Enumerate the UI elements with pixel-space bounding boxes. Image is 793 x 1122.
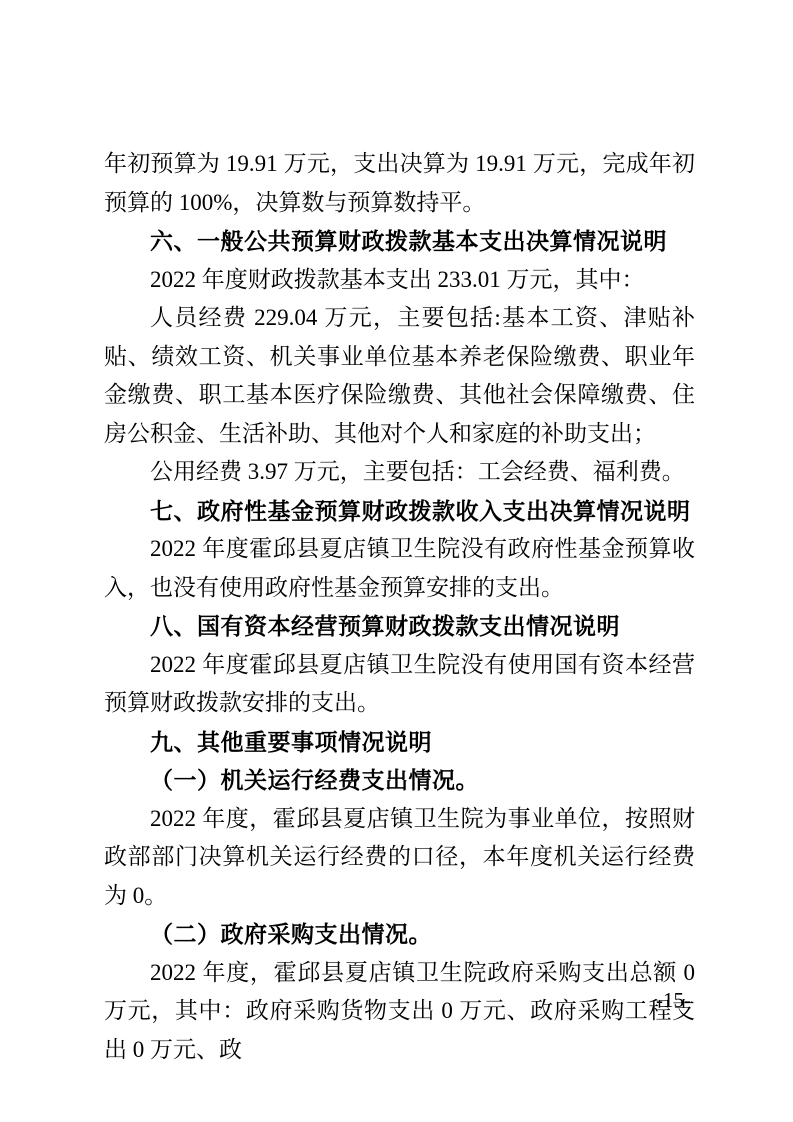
section-heading-six: 六、一般公共预算财政拨款基本支出决算情况说明 <box>104 222 695 261</box>
paragraph-govt-fund-budget: 2022 年度霍邱县夏店镇卫生院没有政府性基金预算收入，也没有使用政府性基金预算… <box>104 530 695 607</box>
document-body: 年初预算为 19.91 万元，支出决算为 19.91 万元，完成年初预算的 10… <box>104 145 695 1069</box>
paragraph-public-expenses: 公用经费 3.97 万元，主要包括：工会经费、福利费。 <box>104 453 695 492</box>
paragraph-procurement: 2022 年度，霍邱县夏店镇卫生院政府采购支出总额 0 万元，其中：政府采购货物… <box>104 954 695 1070</box>
section-heading-eight: 八、国有资本经营预算财政拨款支出情况说明 <box>104 607 695 646</box>
section-heading-nine: 九、其他重要事项情况说明 <box>104 723 695 762</box>
page-number: -15- <box>656 988 691 1012</box>
document-page: 年初预算为 19.91 万元，支出决算为 19.91 万元，完成年初预算的 10… <box>0 0 793 1122</box>
paragraph-personnel-expenses: 人员经费 229.04 万元，主要包括:基本工资、津贴补贴、绩效工资、机关事业单… <box>104 299 695 453</box>
subsection-heading-two: （二）政府采购支出情况。 <box>104 915 695 954</box>
paragraph-budget-completion: 年初预算为 19.91 万元，支出决算为 19.91 万元，完成年初预算的 10… <box>104 145 695 222</box>
paragraph-state-capital-budget: 2022 年度霍邱县夏店镇卫生院没有使用国有资本经营预算财政拨款安排的支出。 <box>104 646 695 723</box>
section-heading-seven: 七、政府性基金预算财政拨款收入支出决算情况说明 <box>104 492 695 531</box>
subsection-heading-one: （一）机关运行经费支出情况。 <box>104 761 695 800</box>
paragraph-basic-expenditure-total: 2022 年度财政拨款基本支出 233.01 万元，其中： <box>104 261 695 300</box>
paragraph-operating-expenses: 2022 年度，霍邱县夏店镇卫生院为事业单位，按照财政部部门决算机关运行经费的口… <box>104 800 695 916</box>
